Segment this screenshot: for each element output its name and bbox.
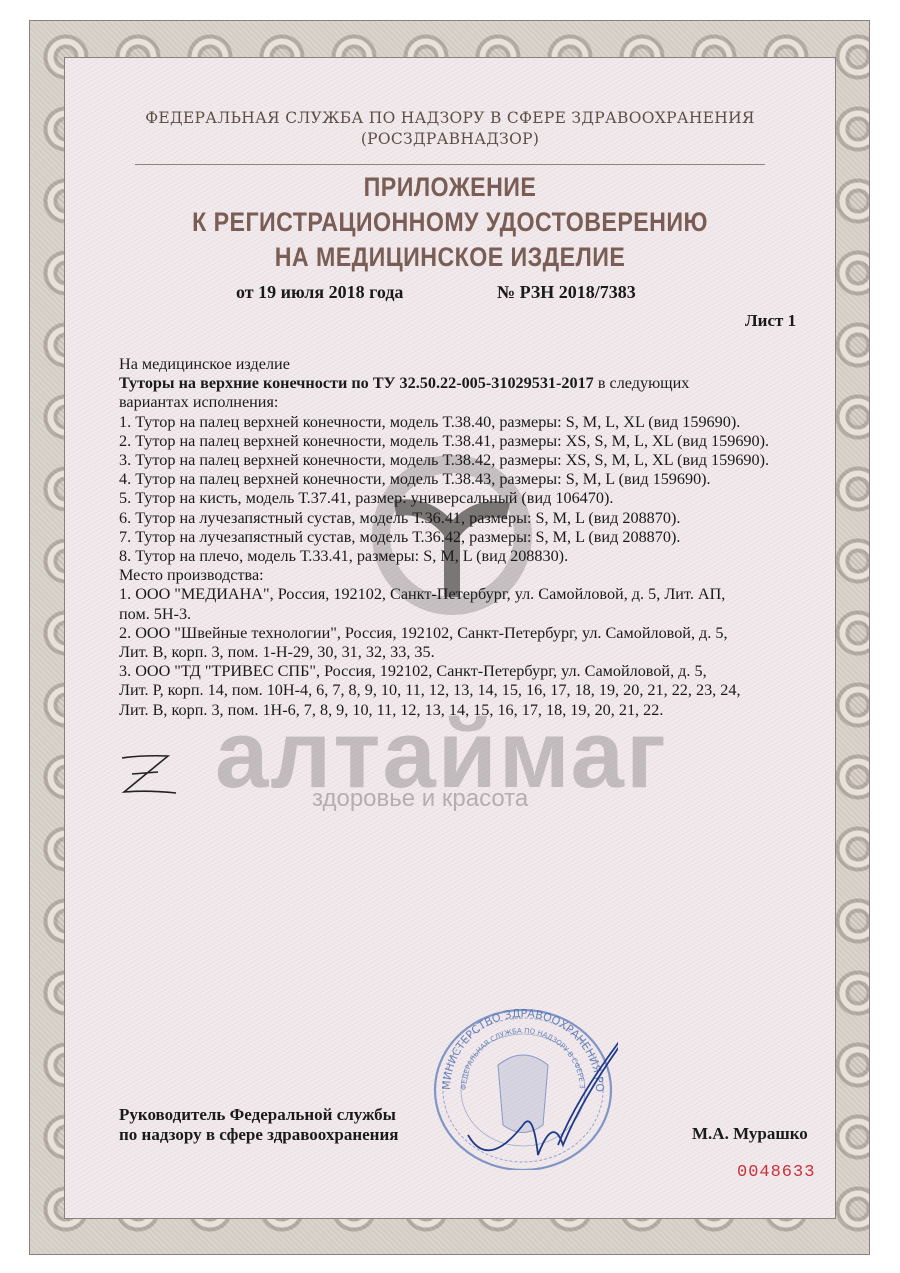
production-line: 1. ООО "МЕДИАНА", Россия, 192102, Санкт-… — [119, 585, 819, 604]
variant-item: 8. Тутор на плечо, модель Т.33.41, разме… — [119, 547, 819, 566]
production-line: 3. ООО "ТД "ТРИВЕС СПБ", Россия, 192102,… — [119, 662, 819, 681]
product-name: Туторы на верхние конечности по ТУ 32.50… — [119, 374, 594, 392]
z-strikeout-mark-icon — [118, 752, 178, 797]
registration-number: № РЗН 2018/7383 — [497, 282, 636, 303]
variant-item: 5. Тутор на кисть, модель Т.37.41, разме… — [119, 489, 819, 508]
signatory-role-line1: Руководитель Федеральной службы — [119, 1105, 398, 1125]
variant-item: 7. Тутор на лучезапястный сустав, модель… — [119, 528, 819, 547]
agency-name: ФЕДЕРАЛЬНАЯ СЛУЖБА ПО НАДЗОРУ В СФЕРЕ ЗД… — [0, 109, 900, 127]
variant-item: 3. Тутор на палец верхней конечности, мо… — [119, 451, 819, 470]
product-line: Туторы на верхние конечности по ТУ 32.50… — [119, 374, 819, 393]
agency-abbreviation: (РОСЗДРАВНАДЗОР) — [0, 130, 900, 148]
document-title-line2: К РЕГИСТРАЦИОННОМУ УДОСТОВЕРЕНИЮ — [63, 207, 837, 238]
variant-item: 1. Тутор на палец верхней конечности, мо… — [119, 413, 819, 432]
sheet-number: Лист 1 — [745, 311, 796, 331]
variants-label: вариантах исполнения: — [119, 393, 819, 412]
production-line: Лит. В, корп. 3, пом. 1-Н-29, 30, 31, 32… — [119, 643, 819, 662]
header-divider — [135, 164, 765, 165]
production-line: 2. ООО "Швейные технологии", Россия, 192… — [119, 624, 819, 643]
signatory-role-line2: по надзору в сфере здравоохранения — [119, 1125, 398, 1145]
intro-text: На медицинское изделие — [119, 355, 819, 374]
document-title-line1: ПРИЛОЖЕНИЕ — [63, 172, 837, 203]
production-line: Лит. Р, корп. 14, пом. 10Н-4, 6, 7, 8, 9… — [119, 681, 819, 700]
production-line: Лит. В, корп. 3, пом. 1Н-6, 7, 8, 9, 10,… — [119, 701, 819, 720]
signatory-role: Руководитель Федеральной службы по надзо… — [119, 1105, 398, 1145]
serial-number: 0048633 — [737, 1163, 815, 1182]
production-line: пом. 5Н-3. — [119, 605, 819, 624]
signatory-name: М.А. Мурашко — [692, 1124, 808, 1144]
official-stamp-icon: МИНИСТЕРСТВО ЗДРАВООХРАНЕНИЯ РОССИЙСКОЙ … — [428, 995, 618, 1170]
variant-item: 4. Тутор на палец верхней конечности, мо… — [119, 470, 819, 489]
variant-item: 6. Тутор на лучезапястный сустав, модель… — [119, 509, 819, 528]
variant-item: 2. Тутор на палец верхней конечности, мо… — [119, 432, 819, 451]
issue-date: от 19 июля 2018 года — [236, 282, 403, 303]
production-label: Место производства: — [119, 566, 819, 585]
document-title-line3: НА МЕДИЦИНСКОЕ ИЗДЕЛИЕ — [63, 242, 837, 273]
document-body: На медицинское изделие Туторы на верхние… — [119, 355, 819, 720]
product-name-continuation: в следующих — [594, 374, 690, 392]
watermark-tagline: здоровье и красота — [312, 785, 528, 813]
